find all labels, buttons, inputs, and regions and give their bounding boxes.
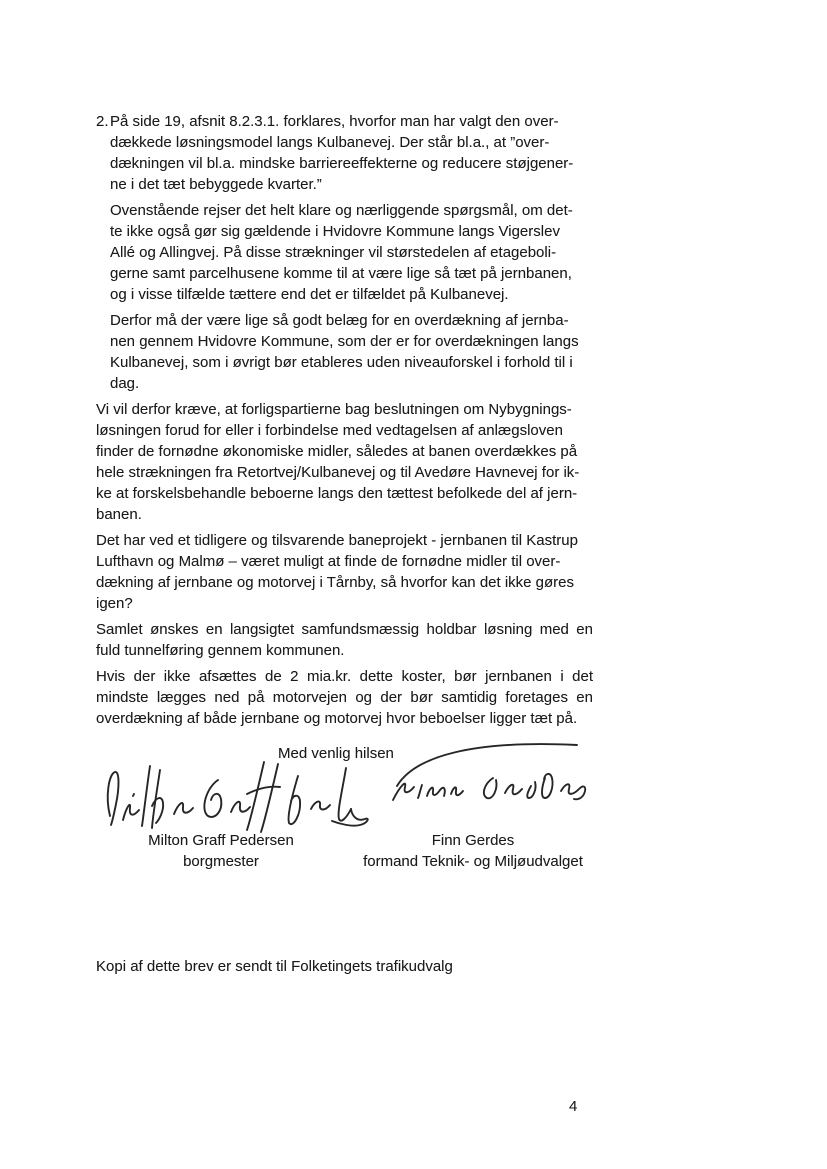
signatory-left: Milton Graff Pedersen borgmester <box>96 754 346 872</box>
paragraph: Hvis der ikke afsættes de 2 mia.kr. dett… <box>96 666 593 729</box>
letter-line: løsningen forud for eller i forbindelse … <box>96 420 593 441</box>
letter-line: gerne samt parcelhusene komme til at vær… <box>110 263 593 284</box>
letter-line: nen gennem Hvidovre Kommune, som der er … <box>110 331 593 352</box>
letter-line: ke at forskelsbehandle beboerne langs de… <box>96 483 593 504</box>
letter-line: Lufthavn og Malmø – været muligt at find… <box>96 551 593 572</box>
letter-line: Samlet ønskes en langsigtet samfundsmæss… <box>96 619 593 640</box>
paragraph: Vi vil derfor kræve, at forligspartierne… <box>96 399 593 525</box>
letter-line: ne i det tæt bebyggede kvarter.” <box>110 174 593 195</box>
letter-line: hele strækningen fra Retortvej/Kulbaneve… <box>96 462 593 483</box>
letter-line: dag. <box>110 373 593 394</box>
letter-line: dækkede løsningsmodel langs Kulbanevej. … <box>110 132 593 153</box>
letter-line: igen? <box>96 593 593 614</box>
numbered-paragraph: 2. På side 19, afsnit 8.2.3.1. forklares… <box>110 111 593 195</box>
paragraph: Samlet ønskes en langsigtet samfundsmæss… <box>96 619 593 661</box>
letter-line: mindste lægges ned på motorvejen og der … <box>96 687 593 708</box>
letter-line: te ikke også gør sig gældende i Hvidovre… <box>110 221 593 242</box>
letter-line: Derfor må der være lige så godt belæg fo… <box>110 310 593 331</box>
list-item-marker: 2. <box>96 111 109 132</box>
scanned-letter-page: 2. På side 19, afsnit 8.2.3.1. forklares… <box>0 0 827 1169</box>
signatory-name: Finn Gerdes <box>353 830 593 851</box>
signature-block: Milton Graff Pedersen borgmester Finn Ge… <box>96 754 593 872</box>
letter-line: På side 19, afsnit 8.2.3.1. forklares, h… <box>110 111 593 132</box>
letter-line: Det har ved et tidligere og tilsvarende … <box>96 530 593 551</box>
signatory-title: formand Teknik- og Miljøudvalget <box>353 851 593 872</box>
signatory-title: borgmester <box>96 851 346 872</box>
letter-body: 2. På side 19, afsnit 8.2.3.1. forklares… <box>96 111 593 977</box>
handwritten-signature-finn-gerdes-icon <box>381 736 593 808</box>
letter-line: overdækning af både jernbane og motorvej… <box>96 708 593 729</box>
paragraph: Ovenstående rejser det helt klare og nær… <box>110 200 593 305</box>
letter-line: fuld tunnelføring gennem kommunen. <box>96 640 593 661</box>
signatory-name: Milton Graff Pedersen <box>96 830 346 851</box>
paragraph: Derfor må der være lige så godt belæg fo… <box>110 310 593 394</box>
page-number: 4 <box>569 1096 577 1117</box>
letter-line: Vi vil derfor kræve, at forligspartierne… <box>96 399 593 420</box>
cc-note: Kopi af dette brev er sendt til Folketin… <box>96 956 593 977</box>
letter-line: Ovenstående rejser det helt klare og nær… <box>110 200 593 221</box>
handwritten-signature-milton-graff-pedersen-icon <box>100 754 372 830</box>
paragraph: Det har ved et tidligere og tilsvarende … <box>96 530 593 614</box>
letter-line: dækningen vil bl.a. mindske barriereeffe… <box>110 153 593 174</box>
letter-line: og i visse tilfælde tættere end det er t… <box>110 284 593 305</box>
letter-line: Hvis der ikke afsættes de 2 mia.kr. dett… <box>96 666 593 687</box>
signatory-right: Finn Gerdes formand Teknik- og Miljøudva… <box>353 754 593 872</box>
letter-line: banen. <box>96 504 593 525</box>
letter-line: Kulbanevej, som i øvrigt bør etableres u… <box>110 352 593 373</box>
letter-line: finder de fornødne økonomiske midler, så… <box>96 441 593 462</box>
letter-line: dækning af jernbane og motorvej i Tårnby… <box>96 572 593 593</box>
letter-line: Allé og Allingvej. På disse strækninger … <box>110 242 593 263</box>
